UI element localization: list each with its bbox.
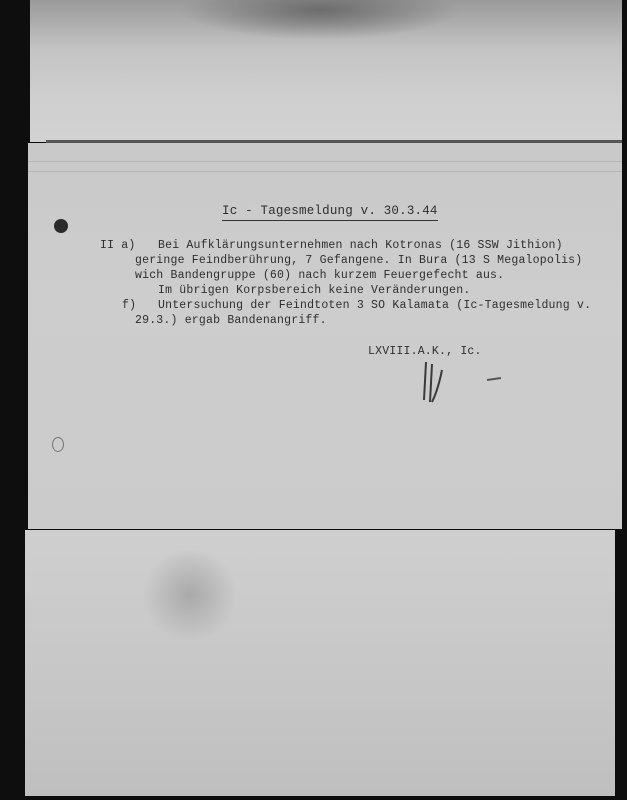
text-line: Bei Aufklärungsunternehmen nach Kotronas… bbox=[158, 239, 563, 252]
document-title: Ic - Tagesmeldung v. 30.3.44 bbox=[222, 204, 438, 221]
lower-page-sheet bbox=[25, 530, 615, 796]
section-label-f: f) bbox=[122, 299, 136, 312]
fold-shadow bbox=[180, 0, 460, 40]
text-line: 29.3.) ergab Bandenangriff. bbox=[135, 314, 327, 327]
punch-hole-icon bbox=[54, 219, 68, 233]
text-line: Untersuchung der Feindtoten 3 SO Kalamat… bbox=[158, 299, 591, 312]
text-line: geringe Feindberührung, 7 Gefangene. In … bbox=[135, 254, 582, 267]
ruled-line bbox=[28, 171, 622, 172]
punch-hole-ring-icon bbox=[52, 437, 64, 452]
text-line: wich Bandengruppe (60) nach kurzem Feuer… bbox=[135, 269, 504, 282]
previous-page-sheet bbox=[30, 0, 622, 142]
section-label-IIa: II a) bbox=[100, 239, 136, 252]
handwritten-signature-icon bbox=[420, 360, 450, 405]
smudge bbox=[140, 550, 240, 640]
ruled-line bbox=[28, 161, 622, 162]
signature-block: LXVIII.A.K., Ic. bbox=[368, 345, 482, 358]
text-line: Im übrigen Korpsbereich keine Veränderun… bbox=[158, 284, 470, 297]
document-page bbox=[28, 143, 622, 529]
